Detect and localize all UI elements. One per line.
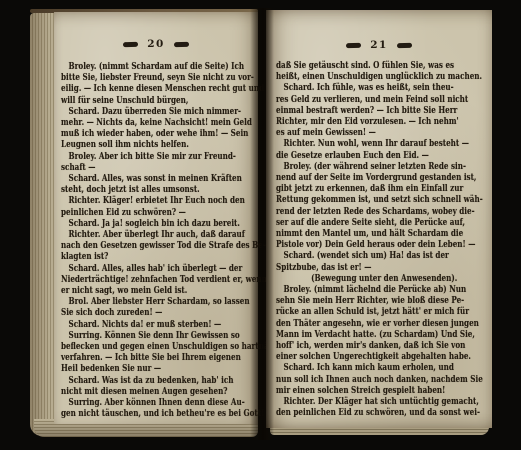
text-line: schaft — xyxy=(61,163,218,174)
text-line: es auf mein Gewissen! — xyxy=(276,128,436,139)
text-line: hoff' ich, werden mir's danken, daß ich … xyxy=(276,341,436,352)
text-line: eilig. — Ich kenne diesen Menschen recht… xyxy=(61,84,218,95)
text-line: klagten ist? xyxy=(61,252,218,263)
text-line: mir einen solchen Streich gespielt haben… xyxy=(276,386,436,397)
text-line: Leugnen soll ihm nichts helfen. xyxy=(61,140,218,151)
text-line: gibt jetzt zu erkennen, daß ihm ein Einf… xyxy=(276,184,436,195)
text-line: Schard. Ich kann mich kaum erholen, und xyxy=(276,363,436,374)
text-line: Schard. Alles, alles hab' ich überlegt —… xyxy=(61,264,218,275)
text-line: Richter. Nun wohl, wenn Ihr darauf beste… xyxy=(276,139,436,150)
right-page-text: daß Sie getäuscht sind. O fühlen Sie, wa… xyxy=(276,61,476,420)
text-line: nend auf der Seite im Vordergrund gestan… xyxy=(276,173,436,184)
text-line: ser auf die andere Seite sieht, die Perü… xyxy=(276,218,436,229)
text-line: nicht mit diesen meinen Augen gesehen? xyxy=(61,387,218,398)
header-dash-icon xyxy=(346,42,361,47)
page-edges-right xyxy=(270,427,489,435)
left-page-number: 20 xyxy=(147,38,165,50)
text-line: nach den Gesetzen gewisser Tod die Straf… xyxy=(61,241,218,252)
left-page: 20 Broley. (nimmt Schardam auf die Seite… xyxy=(54,12,258,424)
text-line: heißt, einen Unschuldigen unglücklich zu… xyxy=(276,72,436,83)
text-line: (Bewegung unter den Anwesenden). xyxy=(276,274,436,285)
right-page-header: 21 xyxy=(266,39,492,51)
text-line: Broley. (nimmt lächelnd die Perücke ab) … xyxy=(276,285,436,296)
text-line: Schard. Alles, was sonst in meinen Kräft… xyxy=(61,174,218,185)
text-line: nun soll ich Ihnen auch noch danken, nac… xyxy=(276,375,436,386)
book-gutter-shadow xyxy=(250,8,274,440)
text-line: gen nicht täuschen, und ich betheu're es… xyxy=(61,409,218,420)
text-line: Richter. Kläger! erbietet Ihr Euch noch … xyxy=(61,196,218,207)
text-line: rend der letzten Rede des Schardams, wob… xyxy=(276,207,436,218)
left-page-header: 20 xyxy=(54,38,258,50)
text-line: Schard. Nichts da! er muß sterben! — xyxy=(61,320,218,331)
text-line: nimmt den Mantel um, und hält Schardam d… xyxy=(276,229,436,240)
text-line: beflecken und gegen einen Unschuldigen s… xyxy=(61,342,218,353)
text-line: res Geld zu verlieren, und mein Feind so… xyxy=(276,95,436,106)
text-line: Richter. Aber überlegt Ihr auch, daß dar… xyxy=(61,230,218,241)
text-line: steht, doch jetzt ist alles umsonst. xyxy=(61,185,218,196)
text-line: sehn Sie mein Herr Richter, wie bloß die… xyxy=(276,296,436,307)
text-line: mehr. — Nichts da, keine Nachsicht! mein… xyxy=(61,118,218,129)
header-dash-icon xyxy=(123,41,138,46)
text-line: Broley. (der während seiner letzten Rede… xyxy=(276,162,436,173)
text-line: Schard. Ja ja! sogleich bin ich dazu ber… xyxy=(61,219,218,230)
text-line: Heil bedenken Sie nur — xyxy=(61,364,218,375)
text-line: einer solchen Ungerechtigkeit abgehalten… xyxy=(276,352,436,363)
text-line: Spitzbube, das ist er! — xyxy=(276,263,436,274)
text-line: Surring. Können Sie denn Ihr Gewissen so xyxy=(61,331,218,342)
header-dash-icon xyxy=(174,41,189,46)
text-line: Schard. (wendet sich um) Ha! das ist der xyxy=(276,251,436,262)
text-line: bitte Sie, liebster Freund, seyn Sie nic… xyxy=(61,73,218,84)
text-line: Rettung gekommen ist, und setzt sich sch… xyxy=(276,195,436,206)
text-line: rücke an allen Schuld ist, jetzt hätt' e… xyxy=(276,307,436,318)
text-line: den peinlichen Eid zu schwören, und da s… xyxy=(276,408,436,419)
text-line: muß ich wieder haben, oder wehe ihm! — S… xyxy=(61,129,218,140)
text-line: verfahren. — Ich bitte Sie bei Ihrem eig… xyxy=(61,353,218,364)
text-line: Broley. Aber ich bitte Sie mir zur Freun… xyxy=(61,152,218,163)
text-line: Schard. Ich fühle, was es heißt, sein th… xyxy=(276,83,436,94)
text-line: peinlichen Eid zu schwören? — xyxy=(61,208,218,219)
text-line: einmal bestraft werden? — Ich bitte Sie … xyxy=(276,106,436,117)
text-line: Richter. Der Kläger hat sich untüchtig g… xyxy=(276,397,436,408)
text-line: Richter, mir den Eid vorzulesen. — Ich n… xyxy=(276,117,436,128)
text-line: den Thäter angesehn, wie er vorher diese… xyxy=(276,319,436,330)
text-line: daß Sie getäuscht sind. O fühlen Sie, wa… xyxy=(276,61,436,72)
text-line: Schard. Was ist da zu bedenken, hab' ich xyxy=(61,376,218,387)
text-line: er nicht sagt, wo mein Geld ist. xyxy=(61,286,218,297)
text-line: Sie sich doch zureden! — xyxy=(61,308,218,319)
text-line: Schard. Dazu überreden Sie mich nimmer- xyxy=(61,107,218,118)
text-line: will für seine Unschuld bürgen, xyxy=(61,96,218,107)
text-line: Broley. (nimmt Schardam auf die Seite) I… xyxy=(61,62,218,73)
book-photo: 20 Broley. (nimmt Schardam auf die Seite… xyxy=(0,0,521,450)
text-line: Niederträchtige! zehnfachen Tod verdient… xyxy=(61,275,218,286)
text-line: Surring. Aber können Ihnen denn diese Au… xyxy=(61,398,218,409)
header-dash-icon xyxy=(397,42,412,47)
text-line: Brol. Aber liebster Herr Schardam, so la… xyxy=(61,297,218,308)
text-line: Mann im Verdacht hatte. (zu Schardam) Un… xyxy=(276,330,436,341)
text-line: Pistole vor) Dein Geld heraus oder dein … xyxy=(276,240,436,251)
text-line: die Gesetze erlauben Euch den Eid. — xyxy=(276,151,436,162)
right-page-number: 21 xyxy=(370,39,388,51)
right-page: 21 daß Sie getäuscht sind. O fühlen Sie,… xyxy=(266,10,492,428)
left-page-text: Broley. (nimmt Schardam auf die Seite) I… xyxy=(61,62,257,421)
